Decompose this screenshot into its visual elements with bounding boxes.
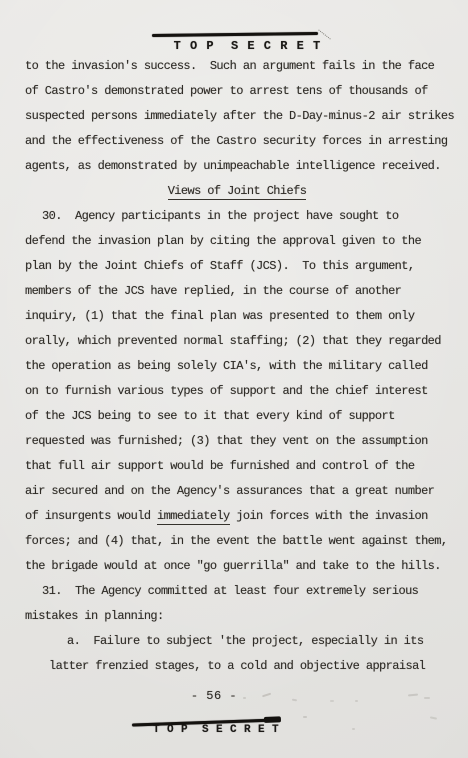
- page-number: - 56 -: [174, 689, 254, 714]
- smudge-mark: [292, 699, 297, 701]
- text-line: agents, as demonstrated by unimpeachable…: [25, 154, 449, 179]
- smudge-mark: [330, 700, 334, 702]
- smudge-mark: [408, 693, 418, 696]
- text-line: air secured and on the Agency's assuranc…: [25, 479, 449, 504]
- text-line: the operation as being solely CIA's, wit…: [25, 354, 449, 379]
- text-line: and the effectiveness of the Castro secu…: [25, 129, 449, 154]
- text-line: 30. Agency participants in the project h…: [25, 204, 449, 229]
- text-line: a. Failure to subject 'the project, espe…: [25, 629, 449, 654]
- text-line: that full air support would be furnished…: [25, 454, 449, 479]
- smudge-mark: [303, 716, 307, 718]
- text-line: of the JCS being to see to it that every…: [25, 404, 449, 429]
- text-line: plan by the Joint Chiefs of Staff (JCS).…: [25, 254, 449, 279]
- smudge-mark: [243, 697, 246, 699]
- classification-text: T O P S E C R E T: [174, 39, 322, 53]
- document-body: to the invasion's success. Such an argum…: [25, 54, 449, 679]
- text-line: to the invasion's success. Such an argum…: [25, 54, 449, 79]
- text-line: 31. The Agency committed at least four e…: [25, 579, 449, 604]
- underlined-word: immediately: [157, 509, 230, 525]
- smudge-mark: [262, 693, 271, 697]
- smudge-mark: [352, 728, 355, 730]
- text-line: on to furnish various types of support a…: [25, 379, 449, 404]
- document-page: T O P S E C R E T to the invasion's succ…: [0, 0, 468, 758]
- smudge-mark: [424, 697, 430, 699]
- text-line: forces; and (4) that, in the event the b…: [25, 529, 449, 554]
- text-line: members of the JCS have replied, in the …: [25, 279, 449, 304]
- text-line: inquiry, (1) that the final plan was pre…: [25, 304, 449, 329]
- text-line: suspected persons immediately after the …: [25, 104, 449, 129]
- smudge-mark: [355, 700, 358, 702]
- section-heading: Views of Joint Chiefs: [25, 179, 449, 204]
- classification-text: T O P S E C R E T: [153, 724, 279, 736]
- smudge-mark: [430, 716, 437, 719]
- text-line: latter frenzied stages, to a cold and ob…: [25, 654, 449, 679]
- text-line: of Castro's demonstrated power to arrest…: [25, 79, 449, 104]
- text-line: defend the invasion plan by citing the a…: [25, 229, 449, 254]
- text-line: requested was furnished; (3) that they v…: [25, 429, 449, 454]
- text-line: the brigade would at once "go guerrilla"…: [25, 554, 449, 579]
- text-line: mistakes in planning:: [25, 604, 449, 629]
- text-line: orally, which prevented normal staffing;…: [25, 329, 449, 354]
- text-line-with-underline: of insurgents would immediately join for…: [25, 504, 449, 529]
